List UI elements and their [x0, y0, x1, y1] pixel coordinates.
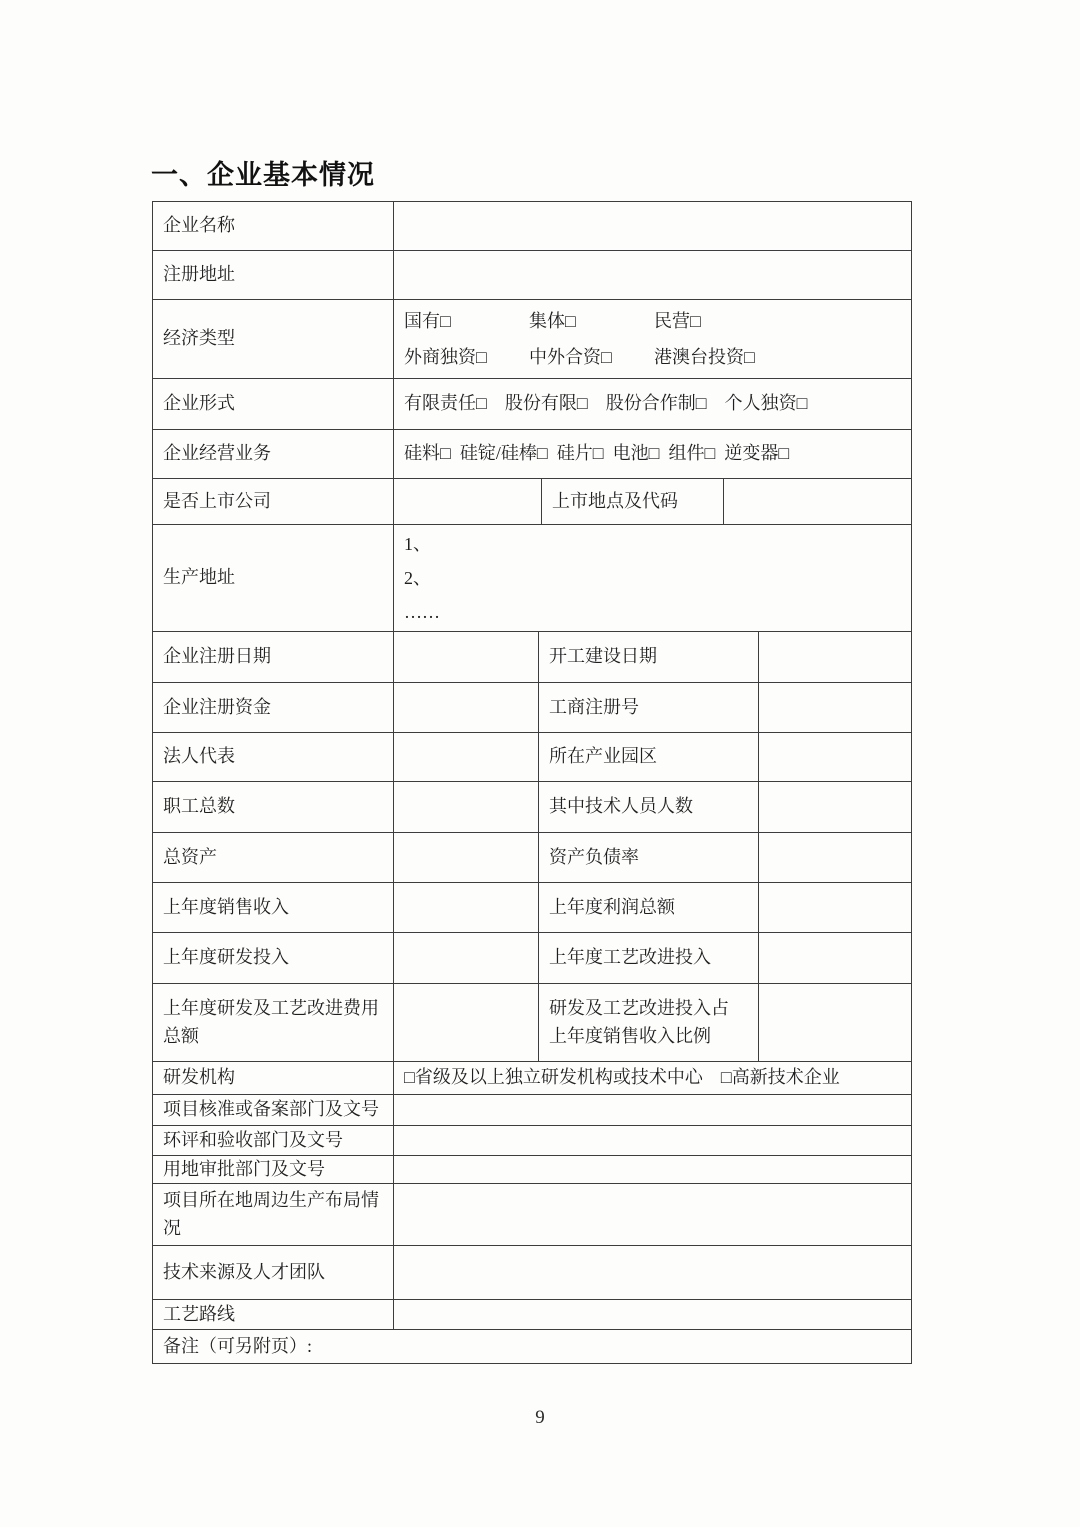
row-rd-expense: 上年度研发及工艺改进费用总额 研发及工艺改进投入占上年度销售收入比例 [153, 983, 911, 1061]
field-label: 项目所在地周边生产布局情况 [153, 1184, 393, 1245]
row-env-assessment: 环评和验收部门及文号 [153, 1125, 911, 1155]
field-label: 上年度工艺改进投入 [538, 933, 758, 983]
row-registered-capital: 企业注册资金 工商注册号 [153, 682, 911, 732]
production-address-value: 1、 2、 …… [393, 525, 911, 631]
field-label: 研发及工艺改进投入占上年度销售收入比例 [538, 984, 758, 1061]
row-surrounding-layout: 项目所在地周边生产布局情况 [153, 1183, 911, 1245]
field-label: 上年度销售收入 [153, 883, 393, 932]
field-label: 开工建设日期 [538, 632, 758, 682]
field-label: 上市地点及代码 [541, 479, 723, 524]
row-listed-company: 是否上市公司 上市地点及代码 [153, 478, 911, 524]
field-label: 职工总数 [153, 782, 393, 832]
checkbox-option: 港澳台投资□ [654, 339, 755, 375]
field-value-empty [393, 933, 538, 983]
row-rd-institution: 研发机构 □省级及以上独立研发机构或技术中心 □高新技术企业 [153, 1061, 911, 1094]
field-label: 研发机构 [153, 1062, 393, 1094]
row-economic-type: 经济类型 国有□ 集体□ 民营□ 外商独资□ 中外合资□ 港澳台投资□ [153, 299, 911, 378]
field-value-empty [393, 1184, 911, 1245]
field-label: 企业注册资金 [153, 683, 393, 732]
field-label: 生产地址 [153, 525, 393, 631]
field-label: 工商注册号 [538, 683, 758, 732]
row-last-year-rd: 上年度研发投入 上年度工艺改进投入 [153, 932, 911, 983]
field-label: 上年度利润总额 [538, 883, 758, 932]
field-value-empty [393, 1300, 911, 1329]
row-total-assets: 总资产 资产负债率 [153, 832, 911, 882]
field-value-empty [758, 782, 911, 832]
field-label: 上年度研发及工艺改进费用总额 [153, 984, 393, 1061]
field-label: 是否上市公司 [153, 479, 393, 524]
field-label: 用地审批部门及文号 [153, 1156, 393, 1183]
checkbox-option: 国有□ [404, 303, 529, 339]
row-legal-representative: 法人代表 所在产业园区 [153, 732, 911, 781]
field-value-empty [758, 883, 911, 932]
field-value-empty [393, 251, 911, 299]
rd-institution-options: □省级及以上独立研发机构或技术中心 □高新技术企业 [393, 1062, 911, 1094]
field-value-empty [393, 733, 538, 781]
field-value-empty [758, 632, 911, 682]
field-label: 企业注册日期 [153, 632, 393, 682]
row-tech-source: 技术来源及人才团队 [153, 1245, 911, 1299]
field-label: 法人代表 [153, 733, 393, 781]
field-label: 企业名称 [153, 202, 393, 250]
field-value-empty [393, 1246, 911, 1299]
options-line: 外商独资□ 中外合资□ 港澳台投资□ [404, 339, 903, 375]
field-value-empty [393, 683, 538, 732]
field-value-empty [723, 479, 911, 524]
checkbox-option: 中外合资□ [529, 339, 654, 375]
field-label: 技术来源及人才团队 [153, 1246, 393, 1299]
row-project-approval: 项目核准或备案部门及文号 [153, 1094, 911, 1125]
field-label: 项目核准或备案部门及文号 [153, 1095, 393, 1125]
field-label: 资产负债率 [538, 833, 758, 882]
enterprise-form-options: 有限责任□ 股份有限□ 股份合作制□ 个人独资□ [393, 379, 911, 429]
field-label: 总资产 [153, 833, 393, 882]
options-line: 国有□ 集体□ 民营□ [404, 303, 903, 339]
field-label: 工艺路线 [153, 1300, 393, 1329]
field-label: 备注（可另附页）: [153, 1330, 911, 1363]
row-business-scope: 企业经营业务 硅料□ 硅锭/硅棒□ 硅片□ 电池□ 组件□ 逆变器□ [153, 429, 911, 478]
checkbox-option: 民营□ [654, 303, 701, 339]
row-registered-address: 注册地址 [153, 250, 911, 299]
field-label: 经济类型 [153, 300, 393, 378]
checkbox-option: 外商独资□ [404, 339, 529, 375]
field-value-empty [393, 782, 538, 832]
list-item: 1、 [404, 527, 903, 561]
row-total-employees: 职工总数 其中技术人员人数 [153, 781, 911, 832]
list-item: …… [404, 595, 903, 629]
row-enterprise-form: 企业形式 有限责任□ 股份有限□ 股份合作制□ 个人独资□ [153, 378, 911, 429]
field-value-empty [758, 933, 911, 983]
page-number: 9 [0, 1407, 1080, 1429]
row-company-name: 企业名称 [153, 202, 911, 250]
field-label: 企业经营业务 [153, 430, 393, 478]
field-label: 注册地址 [153, 251, 393, 299]
field-label: 环评和验收部门及文号 [153, 1126, 393, 1155]
field-label: 其中技术人员人数 [538, 782, 758, 832]
field-value-empty [393, 632, 538, 682]
enterprise-info-table: 企业名称 注册地址 经济类型 国有□ 集体□ 民营□ 外商独资□ 中外合资□ 港… [152, 201, 912, 1364]
checkbox-option: 集体□ [529, 303, 654, 339]
field-label: 所在产业园区 [538, 733, 758, 781]
row-land-approval: 用地审批部门及文号 [153, 1155, 911, 1183]
field-label: 企业形式 [153, 379, 393, 429]
field-value-empty [393, 1156, 911, 1183]
field-value-empty [758, 833, 911, 882]
field-value-empty [758, 984, 911, 1061]
field-label: 上年度研发投入 [153, 933, 393, 983]
field-value-empty [393, 883, 538, 932]
field-value-empty [393, 984, 538, 1061]
field-value-empty [393, 202, 911, 250]
field-value-empty [758, 733, 911, 781]
list-item: 2、 [404, 561, 903, 595]
document-page: 一、企业基本情况 企业名称 注册地址 经济类型 国有□ 集体□ 民营□ 外商独资… [0, 0, 1080, 1527]
field-value-empty [758, 683, 911, 732]
field-value-empty [393, 1095, 911, 1125]
row-remarks: 备注（可另附页）: [153, 1329, 911, 1363]
field-value-empty [393, 833, 538, 882]
row-last-year-sales: 上年度销售收入 上年度利润总额 [153, 882, 911, 932]
field-value-empty [393, 479, 541, 524]
business-scope-options: 硅料□ 硅锭/硅棒□ 硅片□ 电池□ 组件□ 逆变器□ [393, 430, 911, 478]
row-registration-date: 企业注册日期 开工建设日期 [153, 631, 911, 682]
section-title: 一、企业基本情况 [151, 153, 375, 192]
row-process-route: 工艺路线 [153, 1299, 911, 1329]
row-production-address: 生产地址 1、 2、 …… [153, 524, 911, 631]
field-value-empty [393, 1126, 911, 1155]
economic-type-options: 国有□ 集体□ 民营□ 外商独资□ 中外合资□ 港澳台投资□ [393, 300, 911, 378]
